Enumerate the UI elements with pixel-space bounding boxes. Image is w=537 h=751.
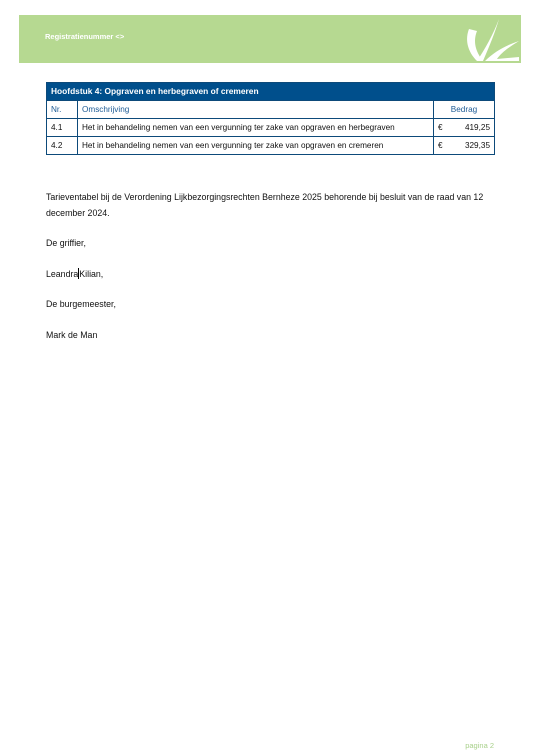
registration-number: Registratienummer <> [45,32,124,41]
tariff-table: Hoofdstuk 4: Opgraven en herbegraven of … [46,82,495,155]
header-banner: Registratienummer <> [19,15,521,63]
column-header-row: Nr. Omschrijving Bedrag [47,101,495,119]
row-amount: 329,35 [465,139,490,152]
table-title-row: Hoofdstuk 4: Opgraven en herbegraven of … [47,83,495,101]
body-paragraph[interactable]: Tarieventabel bij de Verordening Lijkbez… [46,190,496,221]
table-row: 4.2 Het in behandeling nemen van een ver… [47,137,495,155]
griffier-label[interactable]: De griffier, [46,236,86,252]
burgemeester-name[interactable]: Mark de Man [46,328,97,344]
row-amount-cell: € 329,35 [434,137,495,155]
row-description: Het in behandeling nemen van een vergunn… [78,137,434,155]
page-number: pagina 2 [465,741,494,750]
griffier-last-name: Kilian, [79,269,103,279]
griffier-name[interactable]: LeandraKilian, [46,267,103,283]
griffier-first-name: Leandra [46,269,78,279]
row-nr: 4.1 [47,119,78,137]
column-header-amount: Bedrag [434,101,495,119]
table-title: Hoofdstuk 4: Opgraven en herbegraven of … [47,83,495,101]
row-nr: 4.2 [47,137,78,155]
row-amount-cell: € 419,25 [434,119,495,137]
row-amount: 419,25 [465,121,490,134]
row-description: Het in behandeling nemen van een vergunn… [78,119,434,137]
burgemeester-label[interactable]: De burgemeester, [46,297,116,313]
column-header-nr: Nr. [47,101,78,119]
gemeente-leaf-logo-icon [455,15,521,63]
column-header-description: Omschrijving [78,101,434,119]
table-row: 4.1 Het in behandeling nemen van een ver… [47,119,495,137]
currency-symbol: € [438,121,443,134]
currency-symbol: € [438,139,443,152]
